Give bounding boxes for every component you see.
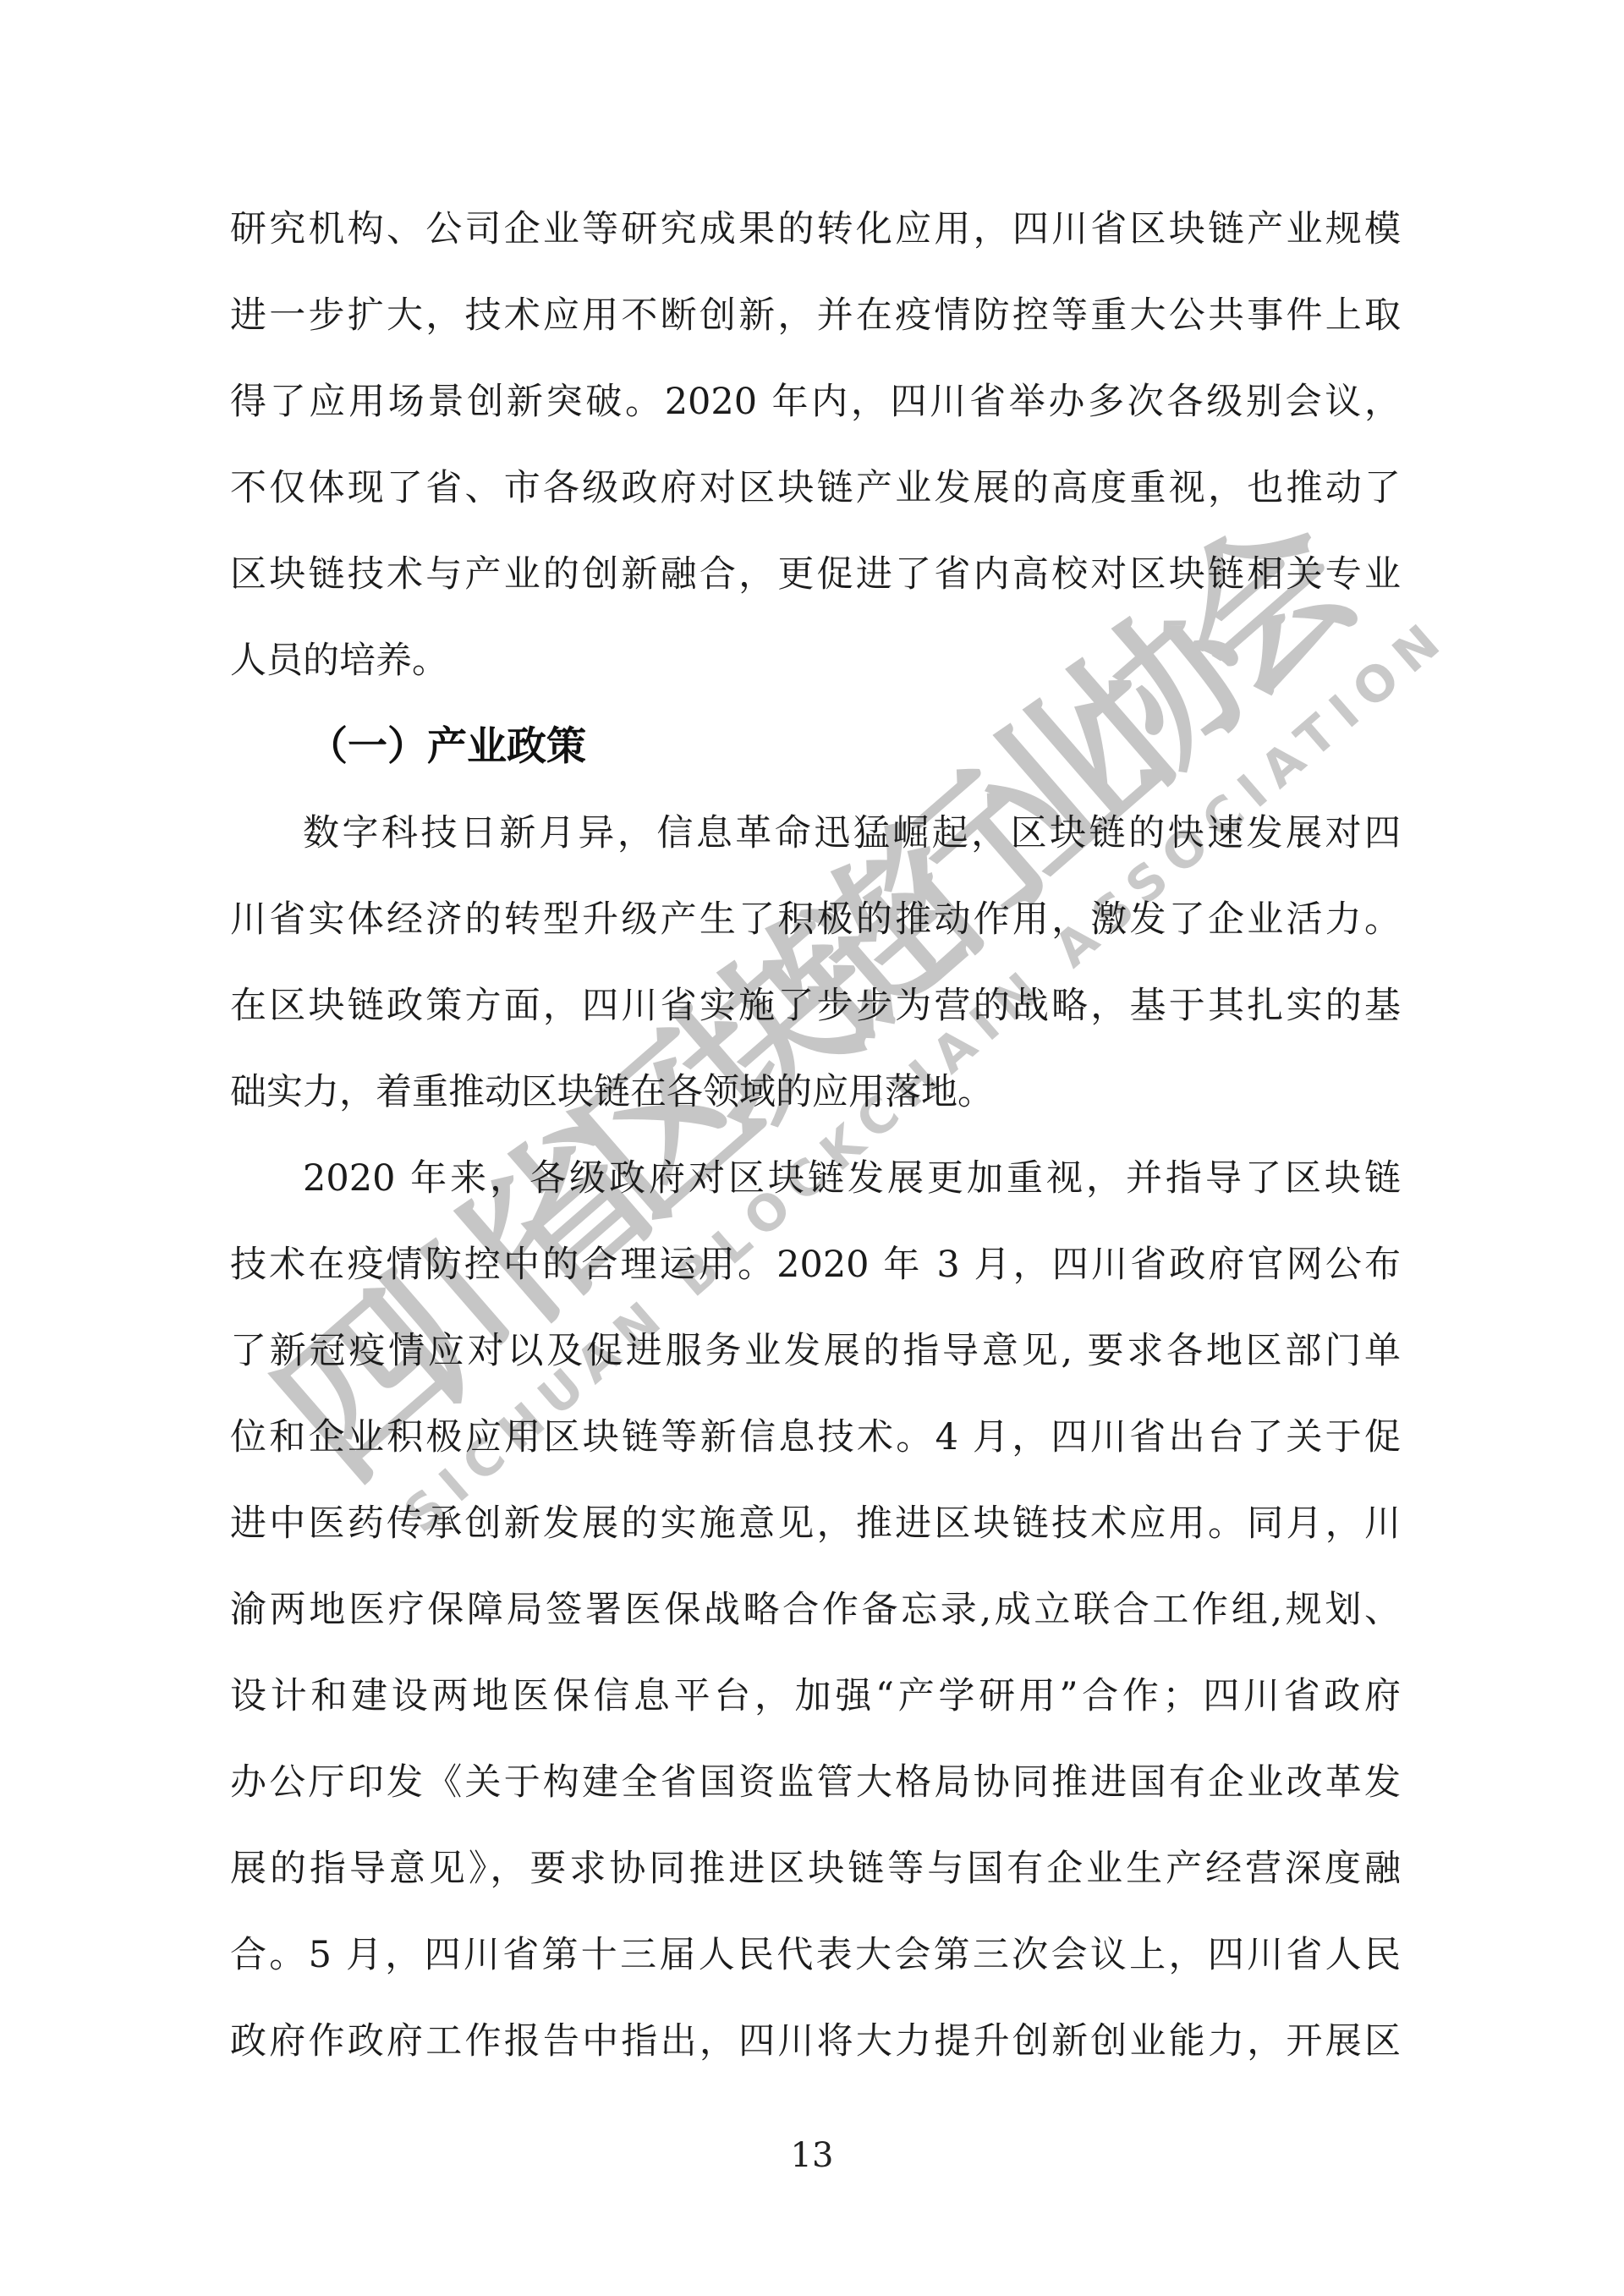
text-line: 展的指导意见》，要求协同推进区块链等与国有企业生产经营深度融: [230, 1826, 1401, 1912]
text-line: 设计和建设两地医保信息平台，加强“产学研用”合作；四川省政府: [230, 1653, 1401, 1739]
text-line: 人员的培养。: [230, 618, 1401, 704]
text-line: 2020 年来，各级政府对区块链发展更加重视，并指导了区块链: [230, 1135, 1401, 1222]
text-line: 数字科技日新月异，信息革命迅猛崛起，区块链的快速发展对四: [230, 790, 1401, 876]
text-line: 研究机构、公司企业等研究成果的转化应用，四川省区块链产业规模: [230, 186, 1401, 272]
text-line: 区块链技术与产业的创新融合，更促进了省内高校对区块链相关专业: [230, 531, 1401, 618]
text-line: 在区块链政策方面，四川省实施了步步为营的战略，基于其扎实的基: [230, 963, 1401, 1049]
text-line: 合。5 月，四川省第十三届人民代表大会第三次会议上，四川省人民: [230, 1912, 1401, 1998]
text-line: 进中医药传承创新发展的实施意见，推进区块链技术应用。同月，川: [230, 1480, 1401, 1567]
text-line: 不仅体现了省、市各级政府对区块链产业发展的高度重视，也推动了: [230, 445, 1401, 531]
text-line: 办公厅印发《关于构建全省国资监管大格局协同推进国有企业改革发: [230, 1739, 1401, 1826]
text-line: 渝两地医疗保障局签署医保战略合作备忘录,成立联合工作组,规划、: [230, 1567, 1401, 1653]
section-heading: （一）产业政策: [230, 704, 1401, 790]
body-text: 研究机构、公司企业等研究成果的转化应用，四川省区块链产业规模进一步扩大，技术应用…: [230, 186, 1401, 2085]
text-line: 进一步扩大，技术应用不断创新，并在疫情防控等重大公共事件上取: [230, 272, 1401, 359]
text-line: 位和企业积极应用区块链等新信息技术。4 月，四川省出台了关于促: [230, 1394, 1401, 1480]
text-line: 政府作政府工作报告中指出，四川将大力提升创新创业能力，开展区: [230, 1998, 1401, 2085]
text-line: 川省实体经济的转型升级产生了积极的推动作用，激发了企业活力。: [230, 876, 1401, 963]
text-line: 技术在疫情防控中的合理运用。2020 年 3 月，四川省政府官网公布: [230, 1222, 1401, 1308]
document-page: 四川省区块链行业协会 SICHUAN BLOCKCHAIN ASSOCIATIO…: [0, 0, 1624, 2296]
text-line: 础实力，着重推动区块链在各领域的应用落地。: [230, 1049, 1401, 1135]
page-number: 13: [0, 2132, 1624, 2179]
text-line: 得了应用场景创新突破。2020 年内，四川省举办多次各级别会议，: [230, 359, 1401, 445]
text-line: 了新冠疫情应对以及促进服务业发展的指导意见, 要求各地区部门单: [230, 1308, 1401, 1394]
